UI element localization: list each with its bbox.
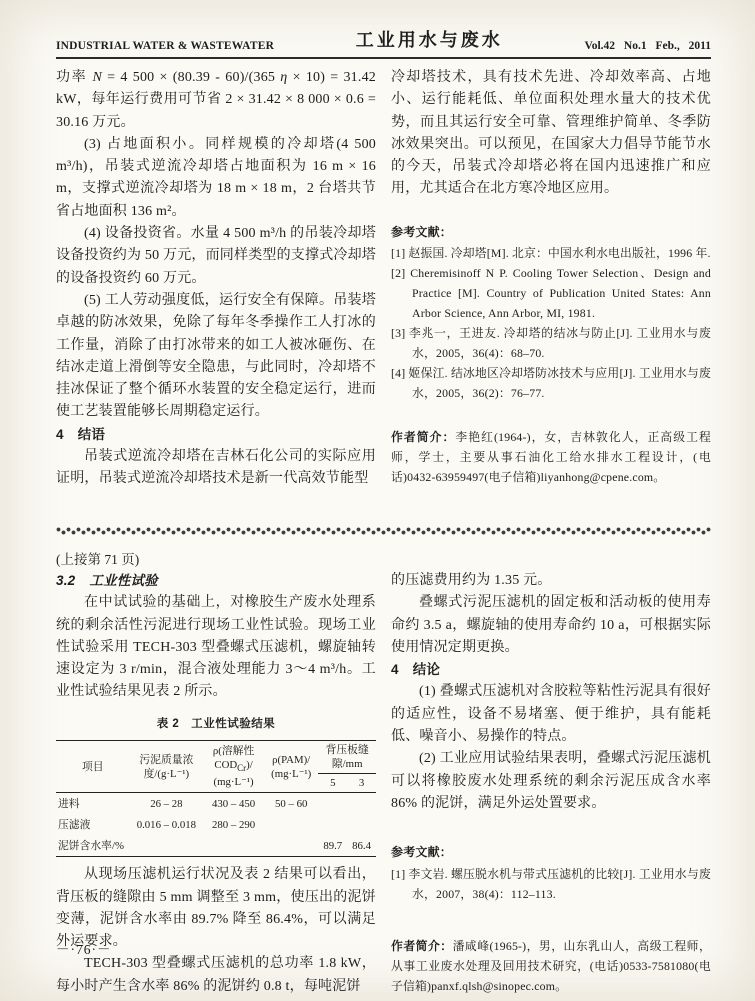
reference-item: [3] 李兆一，王进友. 冷却塔的结冰与防止[J]. 工业用水与废水，2005，…: [391, 323, 711, 363]
cell-value: 0.016 – 0.018: [130, 814, 204, 835]
column-header-sludge-concentration: 污泥质量浓度/(g·L⁻¹): [130, 741, 204, 793]
reference-item: [2] Cheremisinoff N P. Cooling Tower Sel…: [391, 263, 711, 323]
cell-row-label: 压滤液: [56, 814, 130, 835]
table-row: 进料 26 – 28 430 – 450 50 – 60: [56, 793, 376, 815]
article2-left-column: 3.2工业性试验 在中试试验的基础上，对橡胶生产废水处理系统的剩余活性污泥进行现…: [56, 570, 376, 998]
journal-title-english: INDUSTRIAL WATER & WASTEWATER: [56, 40, 274, 52]
section-heading-industrial-test: 3.2工业性试验: [56, 570, 376, 592]
cell-value: [318, 814, 347, 835]
column-header-pam: ρ(PAM)/ (mg·L⁻¹): [264, 741, 318, 793]
cell-value: 430 – 450: [203, 793, 264, 815]
cell-value: [318, 793, 347, 815]
cell-value: [203, 835, 264, 857]
paragraph-conclusion-start: 吊装式逆流冷却塔在吉林石化公司的实际应用证明，吊装式逆流冷却塔技术是新一代高效节…: [56, 446, 376, 491]
author-bio-2: 作者简介：潘咸峰(1965-)，男，山东乳山人，高级工程师，从事工业废水处理及回…: [391, 936, 711, 996]
continued-from-note: (上接第 71 页): [56, 548, 711, 568]
section-title: 结语: [78, 427, 105, 442]
industrial-test-results-table: 项目 污泥质量浓度/(g·L⁻¹) ρ(溶解性CODCr)/ (mg·L⁻¹) …: [56, 740, 376, 857]
references-block-2: 参考文献： [1] 李文岩. 螺压脱水机与带式压滤机的比较[J]. 工业用水与废…: [391, 841, 711, 903]
journal-header: INDUSTRIAL WATER & WASTEWATER 工业用水与废水 Vo…: [56, 26, 711, 59]
section-title: 结论: [413, 662, 440, 677]
author-bio-label: 作者简介：: [391, 430, 455, 444]
paragraph-power-cost: TECH-303 型叠螺式压滤机的总功率 1.8 kW，每小时产生含水率 86%…: [56, 953, 376, 998]
cell-value: 89.7: [318, 835, 347, 857]
page-number: －·76·－: [56, 938, 112, 958]
reference-item: [4] 姬保江. 结冰地区冷却塔防冰技术与应用[J]. 工业用水与废水，2005…: [391, 363, 711, 403]
references-label: 参考文献：: [391, 841, 711, 863]
paragraph-advantage-3: (3) 占地面积小。同样规模的冷却塔(4 500 m³/h)，吊装式逆流冷却塔占…: [56, 134, 376, 223]
article1-left-column: 功率 N = 4 500 × (80.39 - 60)/(365 η × 10)…: [56, 67, 376, 519]
article1-section: 功率 N = 4 500 × (80.39 - 60)/(365 η × 10)…: [56, 67, 711, 519]
subcolumn-header-5mm: 5: [318, 774, 347, 793]
subcolumn-header-3mm: 3: [347, 774, 376, 793]
paragraph-conclusion-item-1: (1) 叠螺式压滤机对含胶粒等粘性污泥具有很好的适应性，设备不易堵塞、便于维护，…: [391, 681, 711, 748]
reference-item: [1] 李文岩. 螺压脱水机与带式压滤机的比较[J]. 工业用水与废水，2007…: [391, 864, 711, 904]
cell-value: [130, 835, 204, 857]
cell-value: [347, 814, 376, 835]
section-number: 3.2: [56, 573, 75, 588]
column-header-item: 项目: [56, 741, 130, 793]
cell-value: 86.4: [347, 835, 376, 857]
paragraph-test-setup: 在中试试验的基础上，对橡胶生产废水处理系统的剩余活性污泥进行现场工业性试验。现场…: [56, 592, 376, 703]
author-bio-label: 作者简介：: [391, 939, 453, 953]
section-heading-conclusion-2: 4结论: [391, 659, 711, 681]
journal-page: INDUSTRIAL WATER & WASTEWATER 工业用水与废水 Vo…: [0, 0, 755, 1001]
article2-section: 3.2工业性试验 在中试试验的基础上，对橡胶生产废水处理系统的剩余活性污泥进行现…: [56, 570, 711, 998]
cell-value: 50 – 60: [264, 793, 318, 815]
paragraph-service-life: 叠螺式污泥压滤机的固定板和活动板的使用寿命约 3.5 a，螺旋轴的使用寿命约 1…: [391, 592, 711, 659]
column-header-backpressure-gap: 背压板缝隙/mm: [318, 741, 376, 774]
section-number: 4: [391, 662, 399, 677]
paragraph-formula: 功率 N = 4 500 × (80.39 - 60)/(365 η × 10)…: [56, 67, 376, 134]
article1-right-column: 冷却塔技术，具有技术先进、冷却效率高、占地小、运行能耗低、单位面积处理水量大的技…: [391, 67, 711, 519]
references-block-1: 参考文献： [1] 赵振国. 冷却塔[M]. 北京：中国水利水电出版社，1996…: [391, 221, 711, 403]
journal-issue-info: Vol.42 No.1 Feb., 2011: [584, 40, 711, 52]
cell-value: 26 – 28: [130, 793, 204, 815]
cell-value: [347, 793, 376, 815]
table-row: 压滤液 0.016 – 0.018 280 – 290: [56, 814, 376, 835]
section-number: 4: [56, 427, 64, 442]
paragraph-conclusion-item-2: (2) 工业应用试验结果表明，叠螺式污泥压滤机可以将橡胶废水处理系统的剩余污泥压…: [391, 748, 711, 815]
paragraph-advantage-5: (5) 工人劳动强度低，运行安全有保障。吊装塔卓越的防冰效果，免除了每年冬季操作…: [56, 290, 376, 424]
table-row: 泥饼含水率/% 89.7 86.4: [56, 835, 376, 857]
table-header: 项目 污泥质量浓度/(g·L⁻¹) ρ(溶解性CODCr)/ (mg·L⁻¹) …: [56, 741, 376, 793]
paragraph-conclusion-continued: 冷却塔技术，具有技术先进、冷却效率高、占地小、运行能耗低、单位面积处理水量大的技…: [391, 67, 711, 201]
cell-value: [264, 835, 318, 857]
cell-row-label: 进料: [56, 793, 130, 815]
section-title: 工业性试验: [89, 573, 158, 588]
cell-value: 280 – 290: [203, 814, 264, 835]
column-header-dissolved-cod: ρ(溶解性CODCr)/ (mg·L⁻¹): [203, 741, 264, 793]
ornamental-divider: [56, 527, 711, 535]
journal-title-chinese: 工业用水与废水: [356, 26, 503, 52]
author-bio-1: 作者简介：李艳红(1964-)，女，吉林敦化人，正高级工程师，学士，主要从事石油…: [391, 427, 711, 487]
cell-row-label: 泥饼含水率/%: [56, 835, 130, 857]
cell-value: [264, 814, 318, 835]
section-heading-conclusion-1: 4结语: [56, 424, 376, 446]
reference-item: [1] 赵振国. 冷却塔[M]. 北京：中国水利水电出版社，1996 年.: [391, 243, 711, 263]
paragraph-advantage-4: (4) 设备投资省。水量 4 500 m³/h 的吊装冷却塔设备投资约为 50 …: [56, 223, 376, 290]
paragraph-cost-continued: 的压滤费用约为 1.35 元。: [391, 570, 711, 592]
article2-right-column: 的压滤费用约为 1.35 元。 叠螺式污泥压滤机的固定板和活动板的使用寿命约 3…: [391, 570, 711, 998]
table-caption: 表 2 工业性试验结果: [56, 713, 376, 735]
references-label: 参考文献：: [391, 221, 711, 243]
